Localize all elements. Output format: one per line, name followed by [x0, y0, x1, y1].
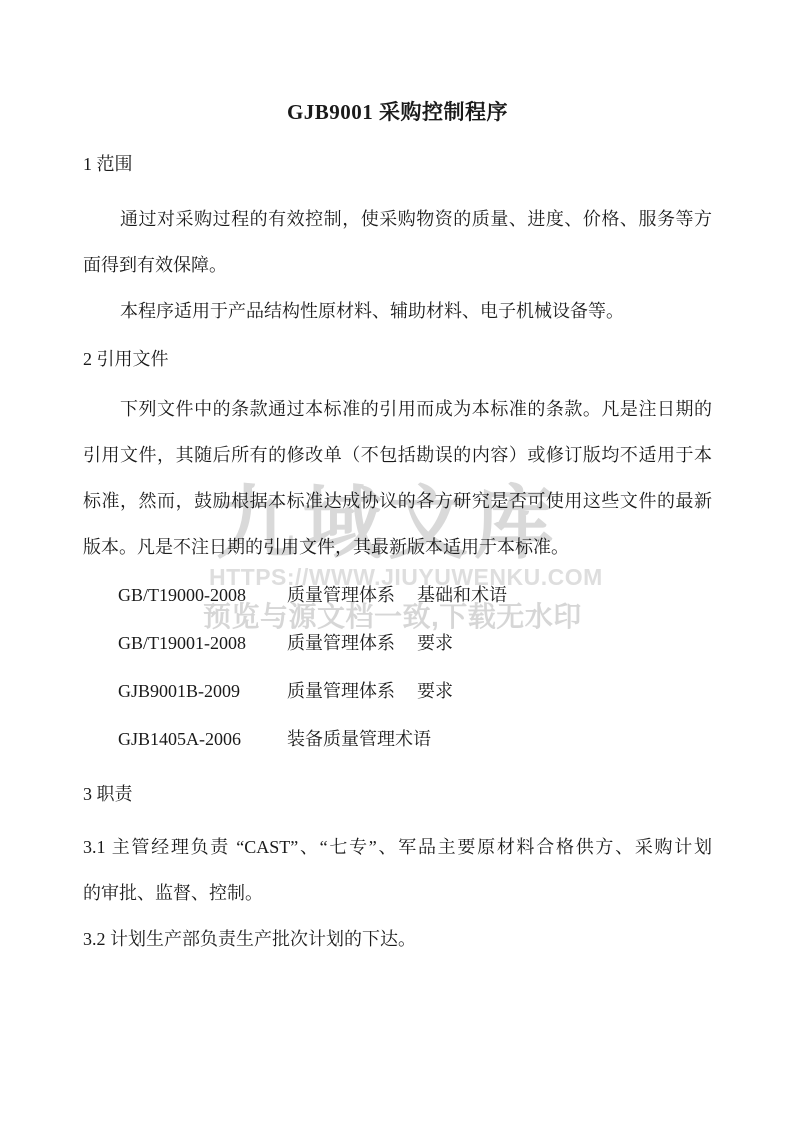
paragraph-line: 3.2 计划生产部负责生产批次计划的下达。	[83, 916, 712, 962]
reference-title: 质量管理体系	[287, 667, 395, 715]
paragraph-line: 的审批、监督、控制。	[83, 870, 712, 916]
reference-item: GB/T19001-2008 质量管理体系 要求	[83, 619, 712, 667]
section-heading-duties: 3 职责	[83, 771, 712, 817]
paragraph-line: 版本。凡是不注日期的引用文件，其最新版本适用于本标准。	[83, 524, 712, 570]
paragraph-line: 通过对采购过程的有效控制，使采购物资的质量、进度、价格、服务等方	[83, 196, 712, 242]
paragraph-line: 下列文件中的条款通过本标准的引用而成为本标准的条款。凡是注日期的	[83, 386, 712, 432]
reference-item: GB/T19000-2008 质量管理体系 基础和术语	[83, 571, 712, 619]
document-page: 九域文库 HTTPS://WWW.JIUYUWENKU.COM 预览与源文档一致…	[0, 0, 793, 1122]
reference-title: 质量管理体系	[287, 619, 395, 667]
scope-paragraph-2: 本程序适用于产品结构性原材料、辅助材料、电子机械设备等。	[83, 288, 712, 334]
reference-title: 装备质量管理术语	[287, 715, 431, 763]
paragraph-line: 标准，然而，鼓励根据本标准达成协议的各方研究是否可使用这些文件的最新	[83, 478, 712, 524]
reference-code: GJB9001B-2009	[118, 667, 287, 715]
reference-subtitle: 要求	[417, 667, 453, 715]
duty-3-1-paragraph: 3.1 主管经理负责 “CAST”、“七专”、军品主要原材料合格供方、采购计划 …	[83, 824, 712, 916]
reference-title: 质量管理体系	[287, 571, 395, 619]
paragraph-line: 本程序适用于产品结构性原材料、辅助材料、电子机械设备等。	[83, 288, 712, 334]
duty-3-2-paragraph: 3.2 计划生产部负责生产批次计划的下达。	[83, 916, 712, 962]
reference-list: GB/T19000-2008 质量管理体系 基础和术语 GB/T19001-20…	[83, 571, 712, 763]
references-intro-paragraph: 下列文件中的条款通过本标准的引用而成为本标准的条款。凡是注日期的 引用文件，其随…	[83, 386, 712, 570]
document-content: GJB9001 采购控制程序 1 范围 通过对采购过程的有效控制，使采购物资的质…	[83, 0, 712, 962]
reference-subtitle: 基础和术语	[417, 571, 507, 619]
reference-code: GB/T19000-2008	[118, 571, 287, 619]
section-heading-references: 2 引用文件	[83, 336, 712, 382]
scope-paragraph-1: 通过对采购过程的有效控制，使采购物资的质量、进度、价格、服务等方 面得到有效保障…	[83, 196, 712, 288]
reference-code: GJB1405A-2006	[118, 715, 287, 763]
reference-code: GB/T19001-2008	[118, 619, 287, 667]
paragraph-line: 3.1 主管经理负责 “CAST”、“七专”、军品主要原材料合格供方、采购计划	[83, 824, 712, 870]
reference-subtitle: 要求	[417, 619, 453, 667]
reference-item: GJB9001B-2009 质量管理体系 要求	[83, 667, 712, 715]
document-title: GJB9001 采购控制程序	[83, 96, 712, 128]
reference-item: GJB1405A-2006 装备质量管理术语	[83, 715, 712, 763]
section-heading-scope: 1 范围	[83, 141, 712, 187]
paragraph-line: 面得到有效保障。	[83, 242, 712, 288]
paragraph-line: 引用文件，其随后所有的修改单（不包括勘误的内容）或修订版均不适用于本	[83, 432, 712, 478]
